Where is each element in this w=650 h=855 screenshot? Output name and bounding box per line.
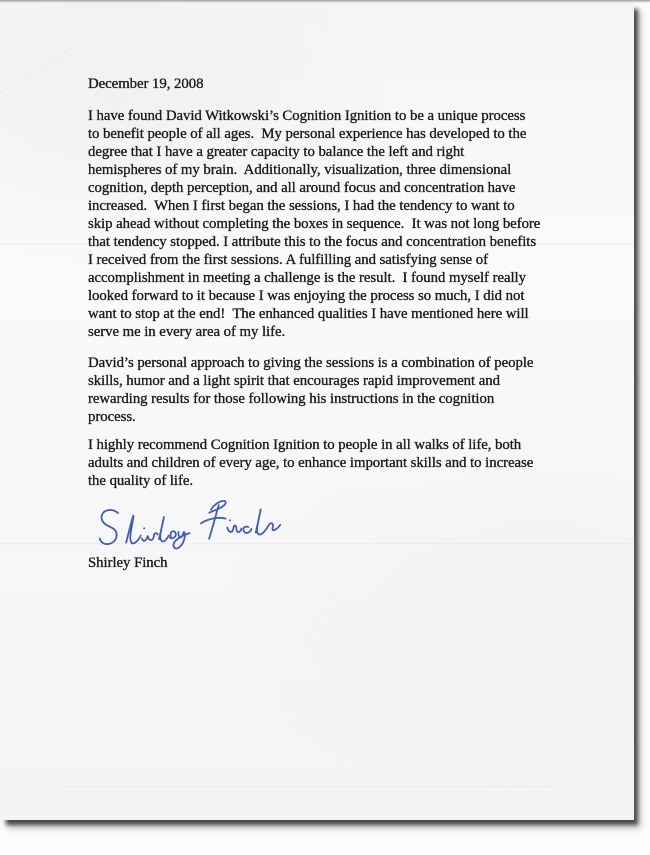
letter-page: December 19, 2008 I have found David Wit…	[0, 2, 634, 820]
signature-ink-icon	[92, 491, 290, 556]
letter-body: December 19, 2008 I have found David Wit…	[88, 75, 608, 572]
letter-paragraph-1: I have found David Witkowski’s Cognition…	[88, 107, 608, 341]
handwritten-signature	[94, 498, 608, 550]
typed-signature-name: Shirley Finch	[88, 554, 608, 572]
scanned-letter-image: December 19, 2008 I have found David Wit…	[0, 0, 650, 855]
paper-corner-crease	[0, 47, 74, 99]
letter-paragraph-2: David’s personal approach to giving the …	[88, 354, 608, 426]
letter-paragraph-3: I highly recommend Cognition Ignition to…	[88, 436, 608, 490]
paper-fold-crease	[60, 786, 555, 789]
scanner-edge	[0, 0, 650, 3]
letter-date: December 19, 2008	[88, 75, 608, 93]
